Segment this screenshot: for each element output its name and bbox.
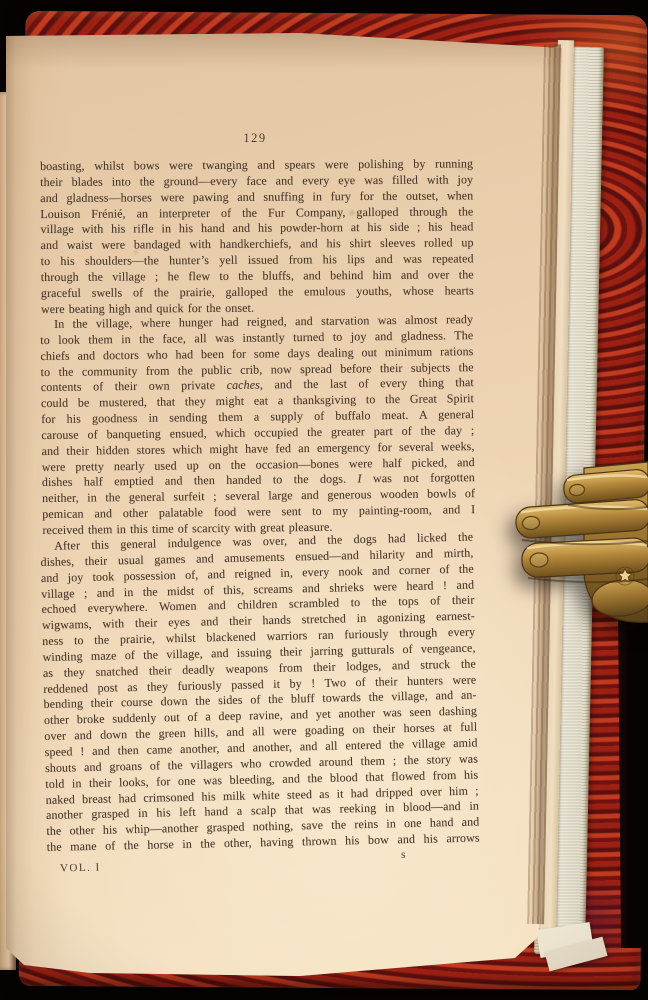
paragraph: boasting, whilst bows were twanging and … [40, 156, 474, 317]
paragraph: After this general indulgence was over, … [40, 530, 480, 856]
text-block: boasting, whilst bows were twanging and … [40, 159, 473, 856]
volume-label: VOL. I [60, 862, 101, 875]
signature-mark: s [401, 849, 406, 861]
page-number: 129 [200, 130, 310, 146]
photo-stage: 129 boasting, whilst bows were twanging … [0, 0, 648, 1000]
paragraph: In the village, where hunger had reigned… [40, 313, 475, 540]
brass-hand-page-holder-icon [498, 452, 648, 667]
text-line: graceful swells of the prairie, galloped… [41, 283, 474, 301]
